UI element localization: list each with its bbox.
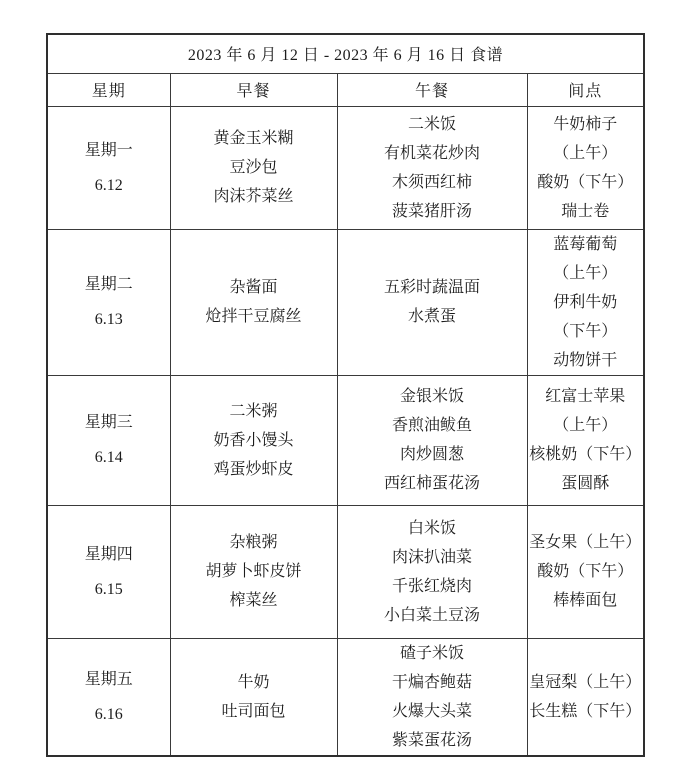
menu-item: 酸奶（下午）	[528, 168, 644, 197]
menu-item: 有机菜花炒肉	[338, 139, 527, 168]
lunch-cell: 二米饭有机菜花炒肉木须西红柿菠菜猪肝汤	[337, 106, 527, 229]
menu-item: 榨菜丝	[171, 586, 337, 615]
menu-item: 酸奶（下午）	[528, 557, 644, 586]
menu-item: 二米饭	[338, 110, 527, 139]
menu-item: 杂粮粥	[171, 528, 337, 557]
breakfast-cell: 杂酱面炝拌干豆腐丝	[170, 229, 337, 375]
menu-item: 牛奶柿子	[528, 110, 644, 139]
day-label: 星期三	[48, 405, 170, 440]
menu-item: 千张红烧肉	[338, 572, 527, 601]
menu-item: 胡萝卜虾皮饼	[171, 557, 337, 586]
day-label: 星期一	[48, 133, 170, 168]
menu-item: （下午）	[528, 317, 644, 346]
menu-item: 圣女果（上午）	[528, 528, 644, 557]
day-cell: 星期五 6.16	[47, 638, 170, 756]
lunch-cell: 白米饭肉沫扒油菜千张红烧肉小白菜土豆汤	[337, 505, 527, 638]
snack-cell: 圣女果（上午）酸奶（下午）棒棒面包	[527, 505, 644, 638]
date-label: 6.15	[48, 572, 170, 607]
menu-item: 吐司面包	[171, 697, 337, 726]
column-header-lunch: 午餐	[337, 73, 527, 106]
column-header-day: 星期	[47, 73, 170, 106]
menu-item: （上午）	[528, 139, 644, 168]
menu-item: 红富士苹果	[528, 382, 644, 411]
breakfast-cell: 二米粥奶香小馒头鸡蛋炒虾皮	[170, 375, 337, 505]
day-label: 星期五	[48, 662, 170, 697]
date-label: 6.14	[48, 440, 170, 475]
menu-item: 核桃奶（下午）	[528, 440, 644, 469]
breakfast-cell: 牛奶吐司面包	[170, 638, 337, 756]
day-label: 星期二	[48, 267, 170, 302]
menu-item: 水煮蛋	[338, 302, 527, 331]
snack-cell: 蓝莓葡萄（上午）伊利牛奶（下午）动物饼干	[527, 229, 644, 375]
page: 2023 年 6 月 12 日 - 2023 年 6 月 16 日 食谱 星期 …	[0, 0, 700, 766]
menu-item: 木须西红柿	[338, 168, 527, 197]
menu-item: 动物饼干	[528, 346, 644, 375]
day-cell: 星期二 6.13	[47, 229, 170, 375]
menu-item: 干煸杏鲍菇	[338, 668, 527, 697]
day-cell: 星期三 6.14	[47, 375, 170, 505]
menu-item: 鸡蛋炒虾皮	[171, 455, 337, 484]
menu-item: 炝拌干豆腐丝	[171, 302, 337, 331]
menu-item: 金银米饭	[338, 382, 527, 411]
menu-item: 五彩时蔬温面	[338, 273, 527, 302]
menu-item: 蛋圆酥	[528, 469, 644, 498]
menu-item: 黄金玉米糊	[171, 124, 337, 153]
day-cell: 星期四 6.15	[47, 505, 170, 638]
date-label: 6.13	[48, 302, 170, 337]
menu-item: （上午）	[528, 411, 644, 440]
snack-cell: 牛奶柿子（上午）酸奶（下午）瑞士卷	[527, 106, 644, 229]
menu-item: 紫菜蛋花汤	[338, 726, 527, 755]
menu-table: 2023 年 6 月 12 日 - 2023 年 6 月 16 日 食谱 星期 …	[46, 33, 645, 757]
menu-item: 皇冠梨（上午）	[528, 668, 644, 697]
menu-item: 肉沫芥菜丝	[171, 182, 337, 211]
menu-item: 菠菜猪肝汤	[338, 197, 527, 226]
lunch-cell: 金银米饭香煎油鲅鱼肉炒圆葱西红柿蛋花汤	[337, 375, 527, 505]
lunch-cell: 五彩时蔬温面水煮蛋	[337, 229, 527, 375]
breakfast-cell: 黄金玉米糊豆沙包肉沫芥菜丝	[170, 106, 337, 229]
date-label: 6.16	[48, 697, 170, 732]
table-row: 星期一 6.12 黄金玉米糊豆沙包肉沫芥菜丝 二米饭有机菜花炒肉木须西红柿菠菜猪…	[47, 106, 644, 229]
menu-item: 肉沫扒油菜	[338, 543, 527, 572]
menu-rows: 星期一 6.12 黄金玉米糊豆沙包肉沫芥菜丝 二米饭有机菜花炒肉木须西红柿菠菜猪…	[47, 106, 644, 756]
snack-cell: 红富士苹果（上午）核桃奶（下午）蛋圆酥	[527, 375, 644, 505]
title-row: 2023 年 6 月 12 日 - 2023 年 6 月 16 日 食谱	[47, 34, 644, 73]
lunch-cell: 碴子米饭干煸杏鲍菇火爆大头菜紫菜蛋花汤	[337, 638, 527, 756]
menu-item: 碴子米饭	[338, 639, 527, 668]
menu-item: 香煎油鲅鱼	[338, 411, 527, 440]
header-row: 星期 早餐 午餐 间点	[47, 73, 644, 106]
column-header-snack: 间点	[527, 73, 644, 106]
table-row: 星期三 6.14 二米粥奶香小馒头鸡蛋炒虾皮 金银米饭香煎油鲅鱼肉炒圆葱西红柿蛋…	[47, 375, 644, 505]
menu-item: 棒棒面包	[528, 586, 644, 615]
menu-item: （上午）	[528, 259, 644, 288]
table-row: 星期二 6.13 杂酱面炝拌干豆腐丝 五彩时蔬温面水煮蛋 蓝莓葡萄（上午）伊利牛…	[47, 229, 644, 375]
menu-item: 伊利牛奶	[528, 288, 644, 317]
table-row: 星期四 6.15 杂粮粥胡萝卜虾皮饼榨菜丝 白米饭肉沫扒油菜千张红烧肉小白菜土豆…	[47, 505, 644, 638]
menu-item: 瑞士卷	[528, 197, 644, 226]
day-cell: 星期一 6.12	[47, 106, 170, 229]
table-row: 星期五 6.16 牛奶吐司面包 碴子米饭干煸杏鲍菇火爆大头菜紫菜蛋花汤 皇冠梨（…	[47, 638, 644, 756]
menu-item: 长生糕（下午）	[528, 697, 644, 726]
menu-item: 蓝莓葡萄	[528, 230, 644, 259]
column-header-breakfast: 早餐	[170, 73, 337, 106]
table-title: 2023 年 6 月 12 日 - 2023 年 6 月 16 日 食谱	[47, 34, 644, 73]
menu-item: 肉炒圆葱	[338, 440, 527, 469]
snack-cell: 皇冠梨（上午）长生糕（下午）	[527, 638, 644, 756]
menu-item: 杂酱面	[171, 273, 337, 302]
menu-item: 白米饭	[338, 514, 527, 543]
menu-item: 奶香小馒头	[171, 426, 337, 455]
date-label: 6.12	[48, 168, 170, 203]
menu-item: 小白菜土豆汤	[338, 601, 527, 630]
breakfast-cell: 杂粮粥胡萝卜虾皮饼榨菜丝	[170, 505, 337, 638]
menu-item: 牛奶	[171, 668, 337, 697]
menu-item: 豆沙包	[171, 153, 337, 182]
menu-item: 二米粥	[171, 397, 337, 426]
day-label: 星期四	[48, 537, 170, 572]
menu-item: 火爆大头菜	[338, 697, 527, 726]
menu-item: 西红柿蛋花汤	[338, 469, 527, 498]
